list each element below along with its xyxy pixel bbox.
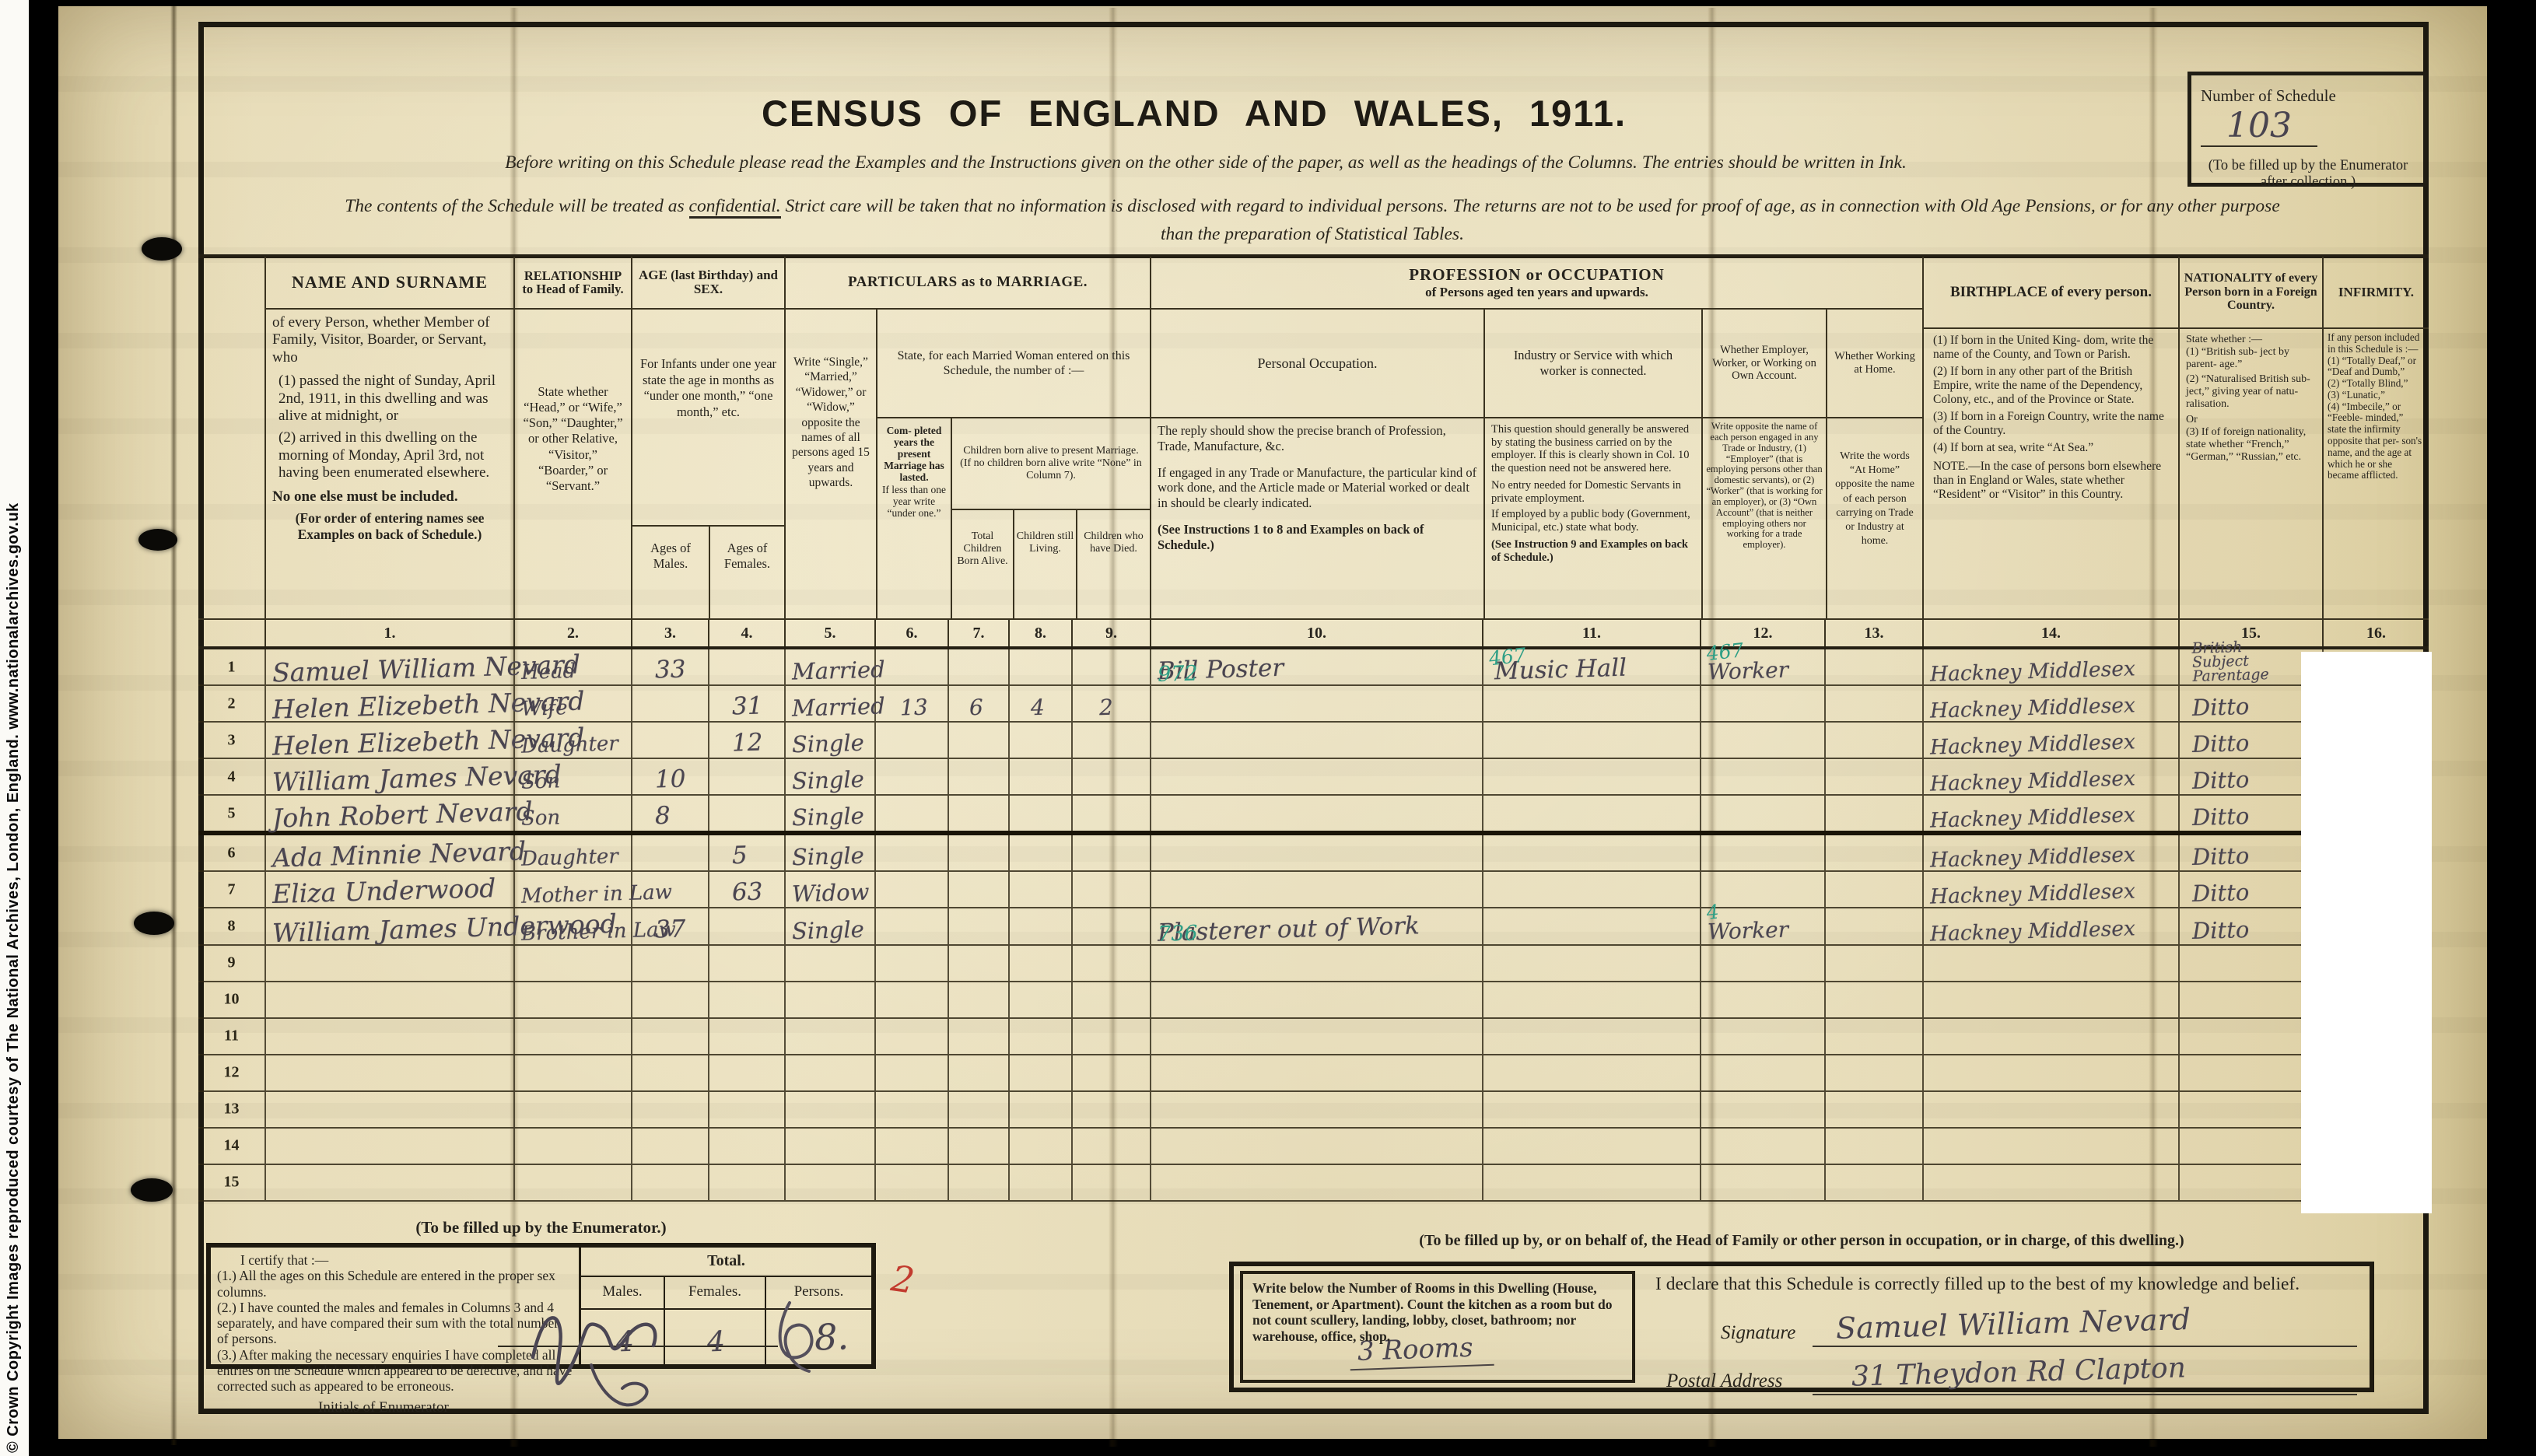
cell-died: [1071, 1165, 1150, 1200]
col-header-years-married: Com- pleted years the present Marriage h…: [877, 418, 951, 618]
cell-birthplace: Hackney Middlesex: [1922, 723, 2178, 758]
cell-at_home: [1824, 759, 1922, 794]
schedule-box-note: (To be filled up by the Enumeratorafter …: [2201, 158, 2415, 191]
cell-living: [1008, 872, 1071, 907]
entry-marital: Single: [792, 766, 865, 795]
cell-employment: [1700, 686, 1824, 721]
col-header-birthplace: BIRTHPLACE of every person.: [1924, 257, 2178, 329]
cell-died: [1071, 982, 1150, 1017]
table-row: 7Eliza UnderwoodMother in Law63WidowHack…: [198, 872, 2429, 908]
cell-marital: Single: [784, 723, 874, 758]
cell-employment: [1700, 835, 1824, 870]
cell-industry: [1482, 759, 1700, 794]
fold-crease: [170, 6, 177, 1445]
cell-industry: [1482, 946, 1700, 981]
col-industry-body3: If employed by a public body (Government…: [1491, 508, 1695, 534]
cell-marital: [784, 1129, 874, 1164]
col-nationality-body1: State whether :—: [2186, 334, 2316, 346]
cell-years: [874, 1019, 947, 1054]
copyright-strip: © Crown Copyright Images reproduced cour…: [0, 0, 29, 1456]
column-number: 13.: [1824, 620, 1922, 646]
cell-age_f: [708, 1092, 784, 1127]
cell-name: Helen Elizebeth Nevard: [264, 686, 513, 721]
column-number: 1.: [264, 620, 513, 646]
certify-intro: I certify that :—: [217, 1252, 573, 1268]
entry-nationality: Ditto: [2192, 730, 2250, 758]
cell-birthplace: [1922, 946, 2178, 981]
col-infirmity-body3: (2) “Totally Blind,”: [2328, 378, 2425, 390]
cell-years: [874, 1129, 947, 1164]
row-number: 12: [224, 1064, 240, 1082]
cell-name: William James Nevard: [264, 759, 513, 794]
row-number-cell: 10: [198, 982, 264, 1017]
entry-age_m: 33: [655, 656, 686, 684]
row-number: 11: [224, 1027, 239, 1045]
cell-born: [947, 982, 1008, 1017]
signature-line: [1813, 1346, 2357, 1347]
cell-name: John Robert Nevard: [264, 796, 513, 831]
table-row: 3Helen Elizebeth NevardDaughter12SingleH…: [198, 723, 2429, 759]
col-infirmity-body1: If any person included in this Schedule …: [2328, 332, 2425, 355]
confidential-note-line2: than the preparation of Statistical Tabl…: [204, 224, 2421, 245]
entry-marital: Married: [792, 692, 886, 721]
cell-at_home: [1824, 982, 1922, 1017]
cell-at_home: [1824, 796, 1922, 831]
cell-died: [1071, 872, 1150, 907]
row-number: 1: [228, 658, 236, 676]
col-header-ages-males: Ages of Males.: [632, 527, 709, 620]
cell-age_m: [631, 946, 708, 981]
cell-born: [947, 759, 1008, 794]
cell-industry: [1482, 835, 1700, 870]
col-nationality-body5: (3) If of foreign nationality, state whe…: [2186, 426, 2316, 464]
row-number: 13: [224, 1101, 240, 1118]
col-header-industry: Industry or Service with which worker is…: [1485, 310, 1701, 418]
entry-nationality: Ditto: [2192, 766, 2250, 794]
cell-relationship: [513, 1129, 631, 1164]
row-number: 14: [224, 1137, 240, 1155]
cell-birthplace: Hackney Middlesex: [1922, 872, 2178, 907]
table-row: 8William James UnderwoodBrother in Law37…: [198, 908, 2429, 945]
row-number-cell: 3: [198, 723, 264, 758]
schedule-number-box: Number of Schedule 103 (To be filled up …: [2187, 72, 2427, 187]
cell-marital: [784, 1092, 874, 1127]
table-row: 6Ada Minnie NevardDaughter5SingleHackney…: [198, 835, 2429, 872]
preamble-note: Before writing on this Schedule please r…: [257, 152, 2155, 173]
col-header-relationship: RELATIONSHIP to Head of Family.: [515, 257, 631, 310]
column-number: 3.: [631, 620, 708, 646]
cell-name: [264, 1092, 513, 1127]
cell-birthplace: Hackney Middlesex: [1922, 908, 2178, 943]
cell-name: [264, 1165, 513, 1200]
col-infirmity-body6: state the infirmity opposite that per- s…: [2328, 424, 2425, 481]
cell-age_f: [708, 1129, 784, 1164]
cell-birthplace: Hackney Middlesex: [1922, 686, 2178, 721]
cell-years: [874, 1055, 947, 1090]
cell-born: [947, 908, 1008, 943]
col-marriage-single: Write “Single,” “Married,” “Widower,” or…: [786, 310, 876, 618]
entry-marital: Single: [792, 730, 865, 758]
totals-label: Total.: [581, 1248, 871, 1277]
cell-living: [1008, 1055, 1071, 1090]
cell-living: [1008, 1129, 1071, 1164]
address-line: [1813, 1394, 2357, 1395]
row-number-cell: 1: [198, 649, 264, 684]
column-number: 2.: [513, 620, 631, 646]
col-nationality-body3: (2) “Naturalised British sub- ject,” giv…: [2186, 373, 2316, 411]
row-number: 8: [228, 917, 236, 935]
row-number: 7: [228, 880, 236, 898]
entry-name: Ada Minnie Nevard: [272, 836, 527, 873]
cell-industry: [1482, 723, 1700, 758]
cell-age_m: [631, 1019, 708, 1054]
column-number: 4.: [708, 620, 784, 646]
cell-years: [874, 908, 947, 943]
cell-marital: Married: [784, 649, 874, 684]
cell-at_home: [1824, 908, 1922, 943]
cell-living: [1008, 723, 1071, 758]
col-industry-body1: This question should generally be answer…: [1491, 423, 1695, 474]
table-row: 12: [198, 1055, 2429, 1092]
entry-marital: Single: [792, 842, 865, 871]
cell-age_f: [708, 1019, 784, 1054]
col-industry-body4: (See Instruction 9 and Examples on back …: [1491, 538, 1695, 564]
col-header-age: AGE (last Birthday) and SEX.: [632, 257, 784, 310]
cell-died: [1071, 796, 1150, 831]
declaration-text: I declare that this Schedule is correctl…: [1655, 1274, 2371, 1295]
entry-marital: Widow: [792, 879, 870, 908]
cell-at_home: [1824, 835, 1922, 870]
entry-birthplace: Hackney Middlesex: [1930, 803, 2136, 833]
cell-years: [874, 1092, 947, 1127]
row-number-cell: 8: [198, 908, 264, 943]
entry-age_f: 5: [731, 842, 748, 870]
col-infirmity-body5: (4) “Imbecile,” or “Feeble- minded,”: [2328, 401, 2425, 425]
cell-age_f: [708, 908, 784, 943]
cell-relationship: Mother in Law: [513, 872, 631, 907]
column-number: 6.: [874, 620, 947, 646]
entry-birthplace: Hackney Middlesex: [1930, 916, 2136, 946]
cell-name: [264, 1019, 513, 1054]
col-age-body: For Infants under one year state the age…: [632, 310, 784, 525]
cell-age_f: [708, 946, 784, 981]
cell-at_home: [1824, 1165, 1922, 1200]
cell-age_m: [631, 982, 708, 1017]
cell-occupation: [1150, 796, 1482, 831]
redaction-patch: [2301, 652, 2432, 1213]
cell-marital: [784, 982, 874, 1017]
cell-birthplace: [1922, 982, 2178, 1017]
col-birthplace-note: NOTE.—In the case of persons born elsewh…: [1933, 460, 2172, 502]
row-number-cell: 14: [198, 1129, 264, 1164]
cell-relationship: [513, 982, 631, 1017]
cell-years: [874, 872, 947, 907]
row-number-cell: 9: [198, 946, 264, 981]
col-at-home-body: Write the words “At Home” opposite the n…: [1827, 418, 1922, 553]
cell-living: [1008, 649, 1071, 684]
cell-marital: [784, 1165, 874, 1200]
cell-name: [264, 982, 513, 1017]
corner-cell: [198, 620, 264, 646]
row-number: 4: [228, 768, 236, 786]
col-infirmity-body4: (3) “Lunatic,”: [2328, 390, 2425, 401]
census-entries: 1Samuel William NevardHead33MarriedBill …: [198, 649, 2429, 1202]
cell-age_m: [631, 835, 708, 870]
cell-relationship: [513, 1055, 631, 1090]
entry-relationship: Wife: [521, 696, 568, 721]
cell-born: [947, 1092, 1008, 1127]
cell-died: [1071, 723, 1150, 758]
column-number: 9.: [1071, 620, 1150, 646]
cell-birthplace: [1922, 1165, 2178, 1200]
cell-birthplace: Hackney Middlesex: [1922, 796, 2178, 831]
cell-at_home: [1824, 872, 1922, 907]
cell-employment: Worker4: [1700, 908, 1824, 943]
row-number-cell: 7: [198, 872, 264, 907]
table-row: 1Samuel William NevardHead33MarriedBill …: [198, 649, 2429, 686]
col-employer-body: Write opposite the name of each person e…: [1703, 418, 1826, 554]
cell-industry: [1482, 872, 1700, 907]
cell-industry: Music Hall467: [1482, 649, 1700, 684]
cell-born: [947, 835, 1008, 870]
col-infirmity-body2: (1) “Totally Deaf,” or “Deaf and Dumb,”: [2328, 355, 2425, 379]
cell-birthplace: [1922, 1129, 2178, 1164]
cell-occupation: [1150, 1092, 1482, 1127]
cell-occupation: [1150, 1055, 1482, 1090]
cell-name: [264, 946, 513, 981]
cell-age_f: [708, 1055, 784, 1090]
col-birthplace-body4: (4) If born at sea, write “At Sea.”: [1933, 441, 2172, 455]
cell-occupation: [1150, 1019, 1482, 1054]
cell-relationship: [513, 1019, 631, 1054]
cell-employment: [1700, 982, 1824, 1017]
entry-age_f: 63: [731, 878, 762, 907]
col-header-children-died: Children who have Died.: [1076, 510, 1150, 618]
cell-years: [874, 1165, 947, 1200]
entry-birthplace: Hackney Middlesex: [1930, 693, 2136, 723]
table-row: 11: [198, 1019, 2429, 1055]
col-header-at-home: Whether Working at Home.: [1827, 310, 1922, 418]
cell-died: [1071, 1092, 1150, 1127]
cell-marital: Widow: [784, 872, 874, 907]
entry-nationality: Ditto: [2192, 915, 2250, 943]
cell-industry: [1482, 1165, 1700, 1200]
cell-employment: [1700, 1055, 1824, 1090]
cell-marital: Single: [784, 759, 874, 794]
row-number-cell: 15: [198, 1165, 264, 1200]
cell-marital: [784, 946, 874, 981]
cell-living: [1008, 796, 1071, 831]
cell-industry: [1482, 1019, 1700, 1054]
rooms-note: Write below the Number of Rooms in this …: [1252, 1280, 1612, 1344]
entry-name: Eliza Underwood: [272, 873, 496, 909]
cell-industry: [1482, 1092, 1700, 1127]
cell-birthplace: [1922, 1055, 2178, 1090]
cell-name: Samuel William Nevard: [264, 649, 513, 684]
cell-name: Ada Minnie Nevard: [264, 835, 513, 870]
cell-living: [1008, 1165, 1071, 1200]
cell-age_f: 63: [708, 872, 784, 907]
table-row: 14: [198, 1129, 2429, 1165]
entry-relationship: Son: [521, 807, 561, 831]
cell-birthplace: [1922, 1019, 2178, 1054]
entry-marital: Single: [792, 803, 865, 831]
cell-occupation: [1150, 1165, 1482, 1200]
cell-living: [1008, 1019, 1071, 1054]
col-header-personal-occupation: Personal Occupation.: [1151, 310, 1483, 418]
cell-industry: [1482, 1055, 1700, 1090]
cell-marital: Single: [784, 908, 874, 943]
cell-marital: [784, 1019, 874, 1054]
cell-marital: Married: [784, 686, 874, 721]
entry-years: 13: [900, 695, 929, 721]
cell-living: [1008, 908, 1071, 943]
cell-at_home: [1824, 946, 1922, 981]
cell-died: [1071, 1019, 1150, 1054]
page-title: CENSUS OF ENGLAND AND WALES, 1911.: [198, 92, 2190, 135]
cell-died: [1071, 946, 1150, 981]
cell-relationship: [513, 1165, 631, 1200]
table-row: 15: [198, 1165, 2429, 1202]
cell-age_m: 8: [631, 796, 708, 831]
cell-employment: [1700, 1129, 1824, 1164]
entry-age_m: 8: [655, 802, 671, 831]
column-number: 16.: [2322, 620, 2429, 646]
cell-age_m: [631, 723, 708, 758]
cell-died: [1071, 1129, 1150, 1164]
entry-nationality: British Subject Parentage: [2191, 639, 2292, 684]
col-name-note1: No one else must be included.: [272, 488, 507, 506]
col-personal-body1: The reply should show the precise branch…: [1158, 423, 1477, 454]
col-nationality-body4: Or: [2186, 414, 2316, 426]
entry-marital: Single: [792, 915, 865, 944]
cell-name: Helen Elizebeth Nevard: [264, 723, 513, 758]
col-header-ages-females: Ages of Females.: [709, 527, 784, 620]
row-number: 9: [228, 954, 236, 972]
cell-occupation: [1150, 946, 1482, 981]
cell-employment: [1700, 759, 1824, 794]
cell-relationship: [513, 946, 631, 981]
cell-years: [874, 982, 947, 1017]
col-name-note2: (For order of entering names see Example…: [272, 510, 507, 542]
cell-born: [947, 796, 1008, 831]
cell-living: [1008, 946, 1071, 981]
row-number: 15: [224, 1174, 240, 1192]
table-row: 10: [198, 982, 2429, 1019]
schedule-number-label: Number of Schedule: [2201, 86, 2336, 105]
enumerator-heading: (To be filled up by the Enumerator.): [206, 1218, 876, 1237]
entry-relationship: Son: [521, 770, 561, 794]
cell-occupation: Plasterer out of Work736: [1150, 908, 1482, 943]
cell-name: [264, 1129, 513, 1164]
cell-birthplace: Hackney Middlesex: [1922, 649, 2178, 684]
cell-employment: [1700, 1092, 1824, 1127]
persons-total-scribble: [766, 1287, 852, 1381]
cell-died: 2: [1071, 686, 1150, 721]
cell-at_home: [1824, 1055, 1922, 1090]
cell-relationship: [513, 1092, 631, 1127]
rooms-box: Write below the Number of Rooms in this …: [1240, 1271, 1635, 1383]
cell-employment: [1700, 723, 1824, 758]
cell-age_f: [708, 796, 784, 831]
column-number-row: 1.2.3.4.5.6.7.8.9.10.11.12.13.14.15.16.: [198, 618, 2429, 649]
underlined-word: confidential.: [689, 196, 781, 219]
entry-nationality: Ditto: [2192, 693, 2250, 721]
entry-name: John Robert Nevard: [272, 796, 534, 834]
entry-nationality: Ditto: [2192, 803, 2250, 831]
col-industry-body2: No entry needed for Domestic Servants in…: [1491, 479, 1695, 505]
cell-age_m: 33: [631, 649, 708, 684]
cell-years: [874, 723, 947, 758]
entry-died: 2: [1098, 695, 1113, 720]
cell-years: [874, 835, 947, 870]
entry-age_f: 31: [731, 692, 762, 721]
cell-employment: [1700, 946, 1824, 981]
cell-age_f: 31: [708, 686, 784, 721]
table-row: 4William James NevardSon10SingleHackney …: [198, 759, 2429, 796]
cell-occupation: [1150, 982, 1482, 1017]
cell-age_f: 12: [708, 723, 784, 758]
entry-relationship: Mother in Law: [521, 881, 673, 908]
col-name-item1: (1) passed the night of Sunday, April 2n…: [272, 373, 507, 425]
employment-code: 4: [1705, 891, 1814, 949]
entry-birthplace: Hackney Middlesex: [1930, 767, 2136, 796]
cell-occupation: Bill Poster972: [1150, 649, 1482, 684]
cell-living: [1008, 835, 1071, 870]
entry-nationality: Ditto: [2192, 879, 2250, 907]
entry-age_m: 37: [655, 915, 686, 943]
cell-years: [874, 759, 947, 794]
cell-born: 6: [947, 686, 1008, 721]
col-nationality-body2: (1) “British sub- ject by parent- age.”: [2186, 346, 2316, 371]
cell-died: [1071, 835, 1150, 870]
column-number: 7.: [947, 620, 1008, 646]
col-header-employer: Whether Employer, Worker, or Working on …: [1703, 310, 1826, 418]
cell-age_f: [708, 649, 784, 684]
cell-at_home: [1824, 649, 1922, 684]
col-personal-body2: If engaged in any Trade or Manufacture, …: [1158, 465, 1477, 511]
entry-relationship: Daughter: [521, 732, 619, 758]
employment-code: 467: [1705, 632, 1814, 689]
column-number: 5.: [784, 620, 874, 646]
cell-at_home: [1824, 686, 1922, 721]
row-number: 6: [228, 844, 236, 862]
cell-age_f: [708, 1165, 784, 1200]
entry-relationship: Head: [521, 660, 576, 684]
cell-born: [947, 723, 1008, 758]
cell-age_f: 5: [708, 835, 784, 870]
row-number-cell: 11: [198, 1019, 264, 1054]
column-number: 14.: [1922, 620, 2178, 646]
cell-employment: [1700, 796, 1824, 831]
row-number-cell: 5: [198, 796, 264, 831]
hole-punch: [131, 1178, 173, 1202]
cell-name: William James Underwood: [264, 908, 513, 943]
row-number-cell: 13: [198, 1092, 264, 1127]
cell-age_m: [631, 1055, 708, 1090]
col-header-nationality: NATIONALITY of every Person born in a Fo…: [2180, 257, 2322, 329]
col-header-profession: PROFESSION or OCCUPATION of Persons aged…: [1151, 257, 1922, 310]
cell-age_f: [708, 982, 784, 1017]
col-children-note: Children born alive to present Marriage.…: [952, 418, 1150, 510]
cell-living: [1008, 759, 1071, 794]
cell-birthplace: [1922, 1092, 2178, 1127]
entry-birthplace: Hackney Middlesex: [1930, 880, 2136, 909]
cell-born: [947, 872, 1008, 907]
confidential-note: The contents of the Schedule will be tre…: [204, 196, 2421, 217]
entry-marital: Married: [792, 656, 886, 684]
signature-label: Signature: [1721, 1322, 1795, 1344]
